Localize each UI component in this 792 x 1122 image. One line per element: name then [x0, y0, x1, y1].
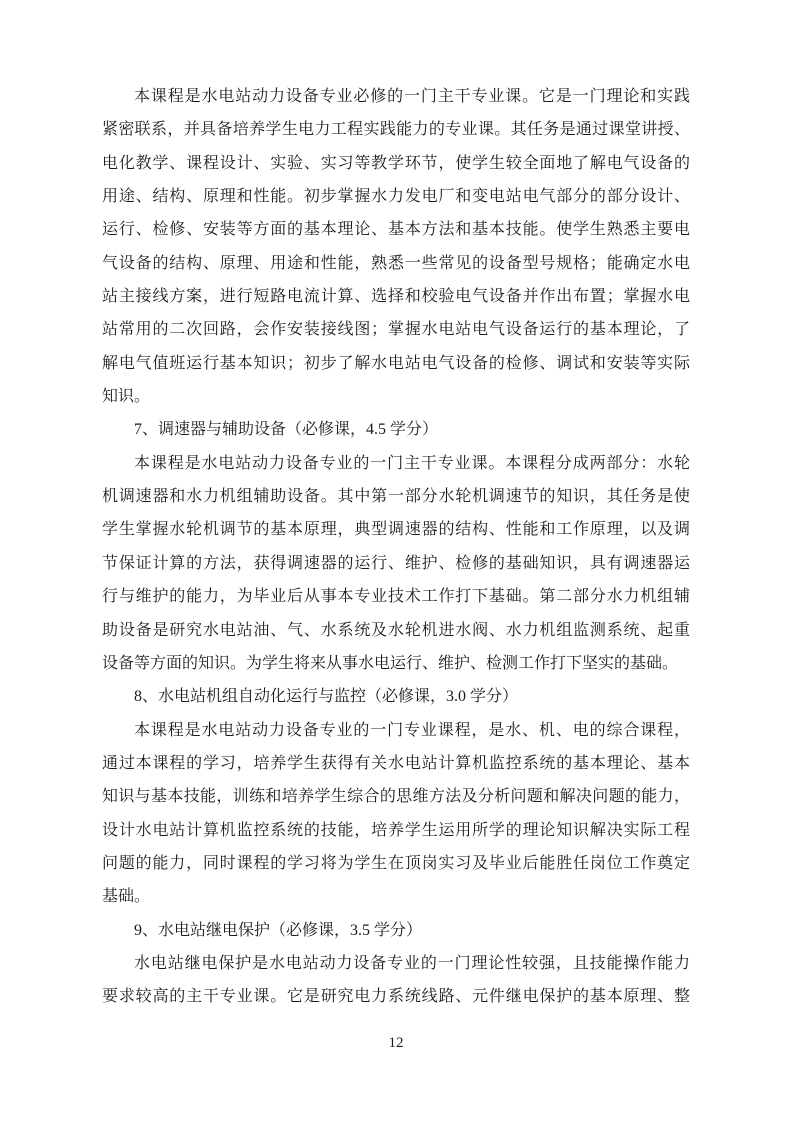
- text-line: 机调速器和水力机组辅助设备。其中第一部分水轮机调速节的知识，其任务是使: [102, 480, 690, 513]
- text-line: 紧密联系，并具备培养学生电力工程实践能力的专业课。其任务是通过课堂讲授、: [102, 113, 690, 146]
- text-line: 气设备的结构、原理、用途和性能，熟悉一些常见的设备型号规格；能确定水电: [102, 247, 690, 280]
- text-line: 知识。: [102, 380, 690, 413]
- text-line: 设备等方面的知识。为学生将来从事水电运行、维护、检测工作打下坚实的基础。: [102, 647, 690, 680]
- text-line: 问题的能力，同时课程的学习将为学生在顶岗实习及毕业后能胜任岗位工作奠定: [102, 847, 690, 880]
- text-line: 要求较高的主干专业课。它是研究电力系统线路、元件继电保护的基本原理、整: [102, 980, 690, 1013]
- text-line: 本课程是水电站动力设备专业的一门专业课程，是水、机、电的综合课程，: [102, 714, 690, 747]
- text-line: 用途、结构、原理和性能。初步掌握水力发电厂和变电站电气部分的部分设计、: [102, 180, 690, 213]
- text-line: 本课程是水电站动力设备专业必修的一门主干专业课。它是一门理论和实践: [102, 80, 690, 113]
- text-line: 水电站继电保护是水电站动力设备专业的一门理论性较强，且技能操作能力: [102, 947, 690, 980]
- course-heading: 9、水电站继电保护（必修课，3.5 学分）: [102, 914, 690, 947]
- document-page: 本课程是水电站动力设备专业必修的一门主干专业课。它是一门理论和实践紧密联系，并具…: [0, 0, 792, 1122]
- text-line: 节保证计算的方法，获得调速器的运行、维护、检修的基础知识，具有调速器运: [102, 547, 690, 580]
- text-line: 知识与基本技能，训练和培养学生综合的思维方法及分析问题和解决问题的能力，: [102, 780, 690, 813]
- text-line: 站主接线方案，进行短路电流计算、选择和校验电气设备并作出布置；掌握水电: [102, 280, 690, 313]
- text-line: 基础。: [102, 880, 690, 913]
- text-line: 学生掌握水轮机调节的基本原理，典型调速器的结构、性能和工作原理，以及调: [102, 513, 690, 546]
- text-line: 站常用的二次回路，会作安装接线图；掌握水电站电气设备运行的基本理论，了: [102, 313, 690, 346]
- page-number: 12: [0, 1035, 792, 1052]
- course-heading: 7、调速器与辅助设备（必修课，4.5 学分）: [102, 413, 690, 446]
- course-heading: 8、水电站机组自动化运行与监控（必修课，3.0 学分）: [102, 680, 690, 713]
- text-line: 运行、检修、安装等方面的基本理论、基本方法和基本技能。使学生熟悉主要电: [102, 213, 690, 246]
- text-line: 通过本课程的学习，培养学生获得有关水电站计算机监控系统的基本理论、基本: [102, 747, 690, 780]
- text-line: 解电气值班运行基本知识；初步了解水电站电气设备的检修、调试和安装等实际: [102, 347, 690, 380]
- document-body: 本课程是水电站动力设备专业必修的一门主干专业课。它是一门理论和实践紧密联系，并具…: [102, 80, 690, 1014]
- text-line: 本课程是水电站动力设备专业的一门主干专业课。本课程分成两部分：水轮: [102, 447, 690, 480]
- text-line: 行与维护的能力，为毕业后从事本专业技术工作打下基础。第二部分水力机组辅: [102, 580, 690, 613]
- text-line: 设计水电站计算机监控系统的技能，培养学生运用所学的理论知识解决实际工程: [102, 814, 690, 847]
- text-line: 电化教学、课程设计、实验、实习等教学环节，使学生较全面地了解电气设备的: [102, 147, 690, 180]
- text-line: 助设备是研究水电站油、气、水系统及水轮机进水阀、水力机组监测系统、起重: [102, 614, 690, 647]
